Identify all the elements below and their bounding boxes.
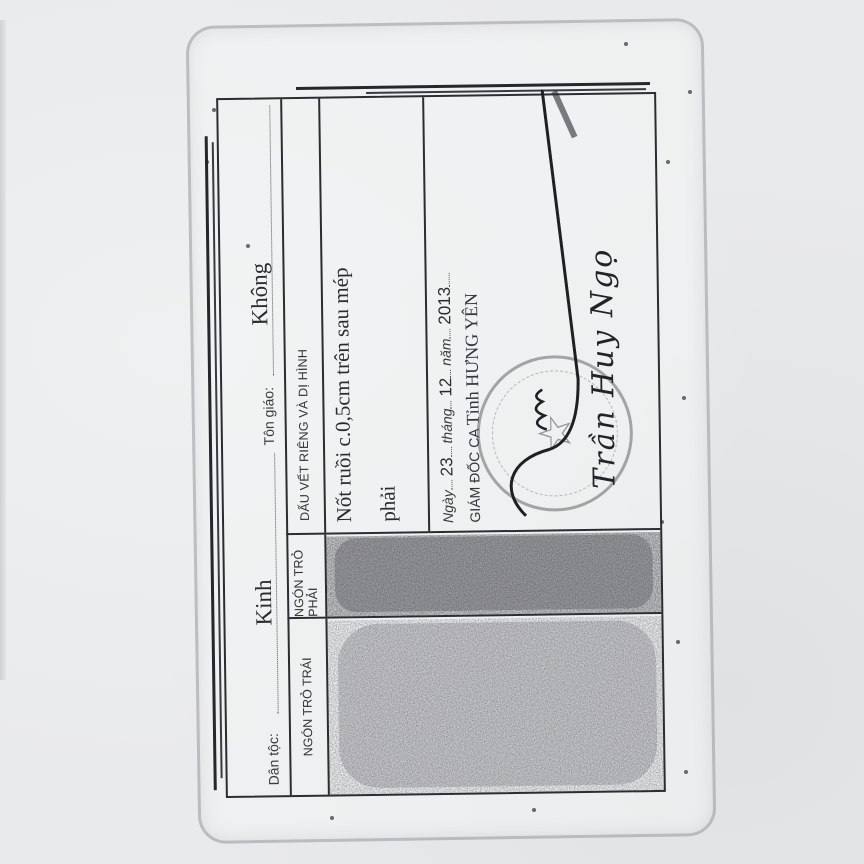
fingerprint-image-left: [327, 614, 663, 795]
religion-value: Không: [246, 263, 273, 326]
fingerprint-left-index: NGÓN TRỎ TRÁI: [287, 612, 663, 795]
fingerprint-right-index: NGÓN TRỎ PHẢI: [286, 530, 661, 617]
ethnicity-value: Kinh: [251, 579, 278, 625]
identifying-marks-heading: DẤU VẾT RIÊNG VÀ DỊ HÌNH: [280, 99, 326, 534]
info-table: Dân tộc: Kinh Tôn giáo: Không NGÓN TRỎ T…: [216, 92, 666, 798]
dotted-line: [356, 106, 362, 524]
dotted-line: [402, 106, 408, 524]
signer-name: Trần Huy Ngọ: [584, 247, 622, 489]
identifying-marks-area: Nốt ruồi c.0,5cm trên sau mép phải: [320, 97, 430, 532]
identifying-marks-line-2: phải: [376, 485, 402, 522]
identifying-marks-line-1: Nốt ruồi c.0,5cm trên sau mép: [329, 267, 358, 522]
issue-signature-area: Ngày 23 tháng 12 năm 2013 GIÁM ĐỐC CA Tỉ…: [424, 94, 660, 531]
card-content: Dân tộc: Kinh Tôn giáo: Không NGÓN TRỎ T…: [216, 92, 666, 798]
fingerprint-icon: [326, 532, 661, 617]
religion-label: Tôn giáo:: [260, 387, 277, 446]
fingerprint-left-label: NGÓN TRỎ TRÁI: [287, 619, 329, 796]
fingerprint-image-right: [326, 530, 661, 617]
dotted-line: [269, 105, 274, 375]
marks-and-issue-section: DẤU VẾT RIÊNG VÀ DỊ HÌNH Nốt ruồi c.0,5c…: [280, 94, 660, 533]
fingerprint-icon: [327, 616, 663, 795]
fingerprint-right-label: NGÓN TRỎ PHẢI: [286, 535, 327, 618]
ethnicity-label: Dân tộc:: [265, 733, 282, 785]
identifying-marks-text-1: Nốt ruồi c.0,5cm trên sau mép: [329, 267, 357, 522]
fingerprint-section: NGÓN TRỎ TRÁI: [286, 528, 664, 795]
signature-stroke: [424, 88, 666, 531]
identifying-marks-text-2: phải: [376, 485, 401, 521]
page-edge: [0, 20, 6, 680]
